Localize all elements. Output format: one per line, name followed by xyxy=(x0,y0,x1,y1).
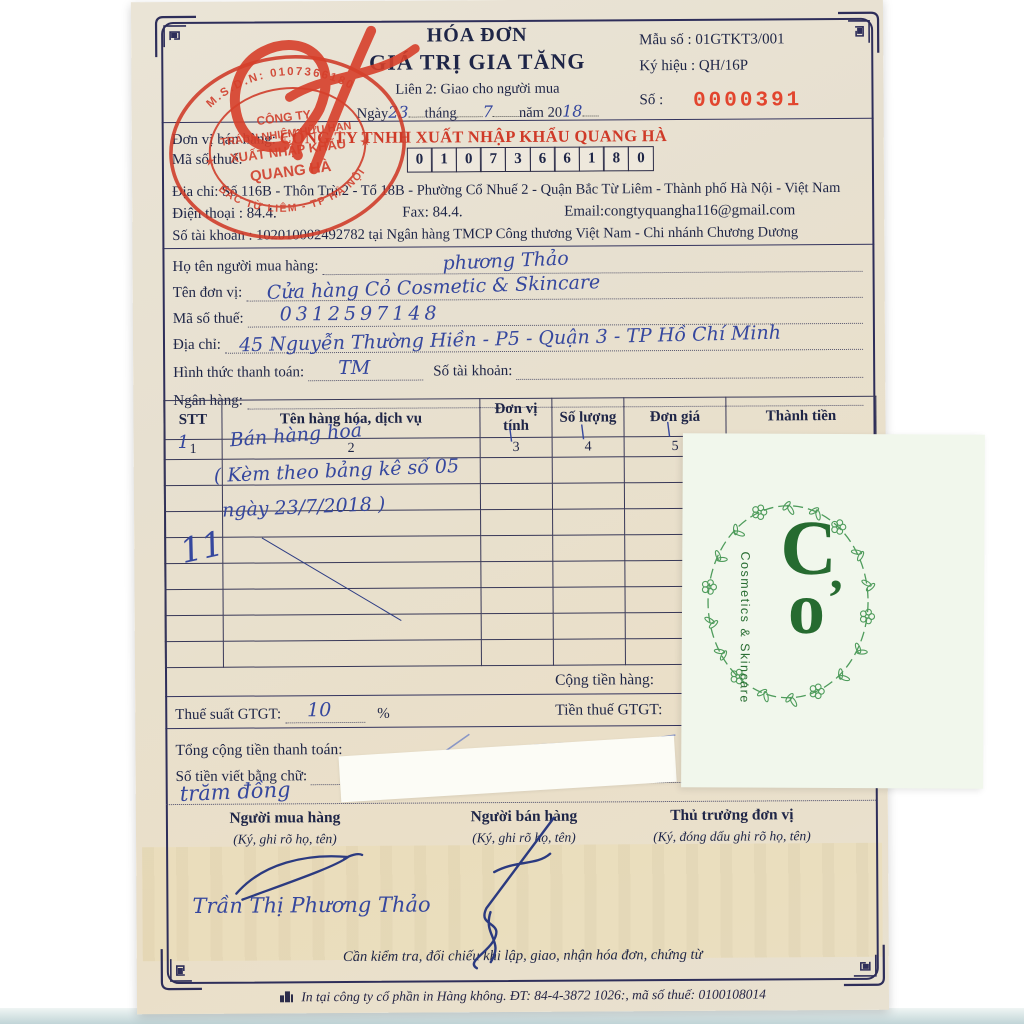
table-header-cell: Thành tiền xyxy=(726,396,876,436)
serial-number: Ký hiệu : QH/16P xyxy=(639,52,871,79)
table-cell xyxy=(553,639,625,665)
table-cell xyxy=(481,587,553,613)
buyer-signature-block: Người mua hàng (Ký, ghi rõ họ, tên) xyxy=(172,809,398,848)
vat-amount-label: Tiền thuế GTGT: xyxy=(555,701,662,720)
dotted-line: Cửa hàng Cỏ Cosmetic & Skincare xyxy=(246,276,863,302)
business-card: Cosmetics & Skincare Co’ xyxy=(681,433,985,789)
tax-digit-box: 7 xyxy=(480,147,506,172)
table-index-cell: 3 xyxy=(480,437,552,457)
table-index-cell: 1 xyxy=(164,439,222,459)
seller-email: Email:congtyquangha116@gmail.com xyxy=(564,202,795,220)
stamp-initials-signature xyxy=(189,16,460,202)
table-cell xyxy=(165,589,223,615)
table-cell xyxy=(553,587,625,613)
table-cell xyxy=(480,457,552,483)
tax-digit-box: 0 xyxy=(628,146,654,171)
table-cell xyxy=(165,641,223,667)
table-cell xyxy=(223,614,481,642)
director-sign-title: Thủ trưởng đơn vị xyxy=(604,806,860,826)
table-cell xyxy=(553,561,625,587)
item-stt-handwritten: 1 xyxy=(178,432,190,453)
dotted-line: 10 xyxy=(285,701,365,723)
buyer-tax-label: Mã số thuế: xyxy=(173,311,248,328)
date-month-handwritten: 7 xyxy=(483,102,493,121)
payment-label: Hình thức thanh toán: xyxy=(173,364,308,382)
brand-letter-o: o xyxy=(788,581,825,639)
table-header-cell: Đơn vị tính xyxy=(480,398,552,437)
invoice-number-row: Số : 0000391 xyxy=(639,86,871,115)
table-index-cell: 4 xyxy=(552,437,624,457)
grand-total-label: Tổng cộng tiền thanh toán: xyxy=(175,741,342,760)
tax-digit-box: 3 xyxy=(505,147,531,172)
table-cell xyxy=(164,485,222,511)
card-brand-logo: Co’ xyxy=(774,518,845,639)
invoice-number-label: Số : xyxy=(639,92,663,108)
buyer-signed-name-handwritten: Trần Thị Phương Thảo xyxy=(192,892,430,917)
buyer-tax-handwritten: 0312597148 xyxy=(280,302,441,325)
tax-digit-box: 8 xyxy=(603,146,629,171)
vat-rate-label: Thuế suất GTGT: xyxy=(175,706,285,724)
brand-hook-mark: ’ xyxy=(827,579,845,620)
table-cell xyxy=(223,562,481,590)
subtotal-label: Cộng tiền hàng: xyxy=(555,671,654,690)
table-cell xyxy=(481,639,553,665)
card-tagline: Cosmetics & Skincare xyxy=(737,552,752,712)
print-info-line: In tại công ty cổ phần in Hàng không. ĐT… xyxy=(167,986,879,1006)
table-header-cell: STT xyxy=(164,400,222,439)
tax-digit-box: 1 xyxy=(579,146,605,171)
table-cell xyxy=(223,640,481,668)
vat-rate-handwritten: 10 xyxy=(307,699,331,721)
percent-sign: % xyxy=(365,706,394,723)
table-cell xyxy=(481,535,553,561)
table-cell xyxy=(481,613,553,639)
printer-logo-icon xyxy=(280,990,293,1002)
table-cell xyxy=(553,535,625,561)
dotted-line: 45 Nguyễn Thường Hiền - P5 - Quận 3 - TP… xyxy=(225,328,863,354)
slash-mark: \ xyxy=(579,422,585,443)
table-cell xyxy=(552,457,624,483)
tax-digit-box: 6 xyxy=(554,147,580,172)
slash-mark: \ xyxy=(665,419,671,440)
table-cell xyxy=(553,613,625,639)
buyer-address-line: Địa chỉ: 45 Nguyễn Thường Hiền - P5 - Qu… xyxy=(173,328,863,354)
date-year-handwritten: 18 xyxy=(562,102,582,121)
table-cell xyxy=(223,536,481,564)
date-mid2: năm 20 xyxy=(519,105,562,121)
director-sign-subtitle: (Ký, đóng dấu ghi rõ họ, tên) xyxy=(604,828,860,846)
table-cell xyxy=(481,509,553,535)
payment-handwritten: TM xyxy=(338,357,370,379)
table-cell xyxy=(480,483,552,509)
buyer-sign-subtitle: (Ký, ghi rõ họ, tên) xyxy=(172,831,398,848)
table-cell xyxy=(553,509,625,535)
corner-ornament-icon xyxy=(837,10,881,54)
invoice-number-value: 0000391 xyxy=(693,89,802,113)
seller-signature-scribble xyxy=(432,812,573,973)
buyer-account-label: Số tài khoản: xyxy=(423,363,516,381)
buyer-unit-line: Tên đơn vị: Cửa hàng Cỏ Cosmetic & Skinc… xyxy=(173,276,863,302)
director-signature-block: Thủ trưởng đơn vị (Ký, đóng dấu ghi rõ h… xyxy=(604,806,860,846)
table-cell xyxy=(481,561,553,587)
vat-rate-line: Thuế suất GTGT: 10 % xyxy=(175,700,475,724)
payment-line: Hình thức thanh toán: TM Số tài khoản: xyxy=(173,356,863,382)
amount-words-handwritten: trăm đồng xyxy=(179,777,291,806)
dotted-line xyxy=(516,356,863,380)
table-cell xyxy=(165,615,223,641)
print-info-text: In tại công ty cổ phần in Hàng không. ĐT… xyxy=(301,986,766,1004)
dotted-line: TM xyxy=(308,359,423,382)
buyer-name-handwritten: phương Thảo xyxy=(442,247,569,274)
slash-mark: \ xyxy=(507,424,513,445)
buyer-unit-label: Tên đơn vị: xyxy=(173,285,247,302)
buyer-address-label: Địa chỉ: xyxy=(173,337,225,354)
tax-digit-box: 6 xyxy=(529,147,555,172)
table-header-cell: Số lượng xyxy=(552,398,624,437)
corner-ornament-icon xyxy=(843,944,887,988)
table-cell xyxy=(552,483,624,509)
corner-ornament-icon xyxy=(159,948,203,992)
table-header-cell: Đơn giá xyxy=(624,397,726,437)
buyer-sign-title: Người mua hàng xyxy=(172,809,398,828)
